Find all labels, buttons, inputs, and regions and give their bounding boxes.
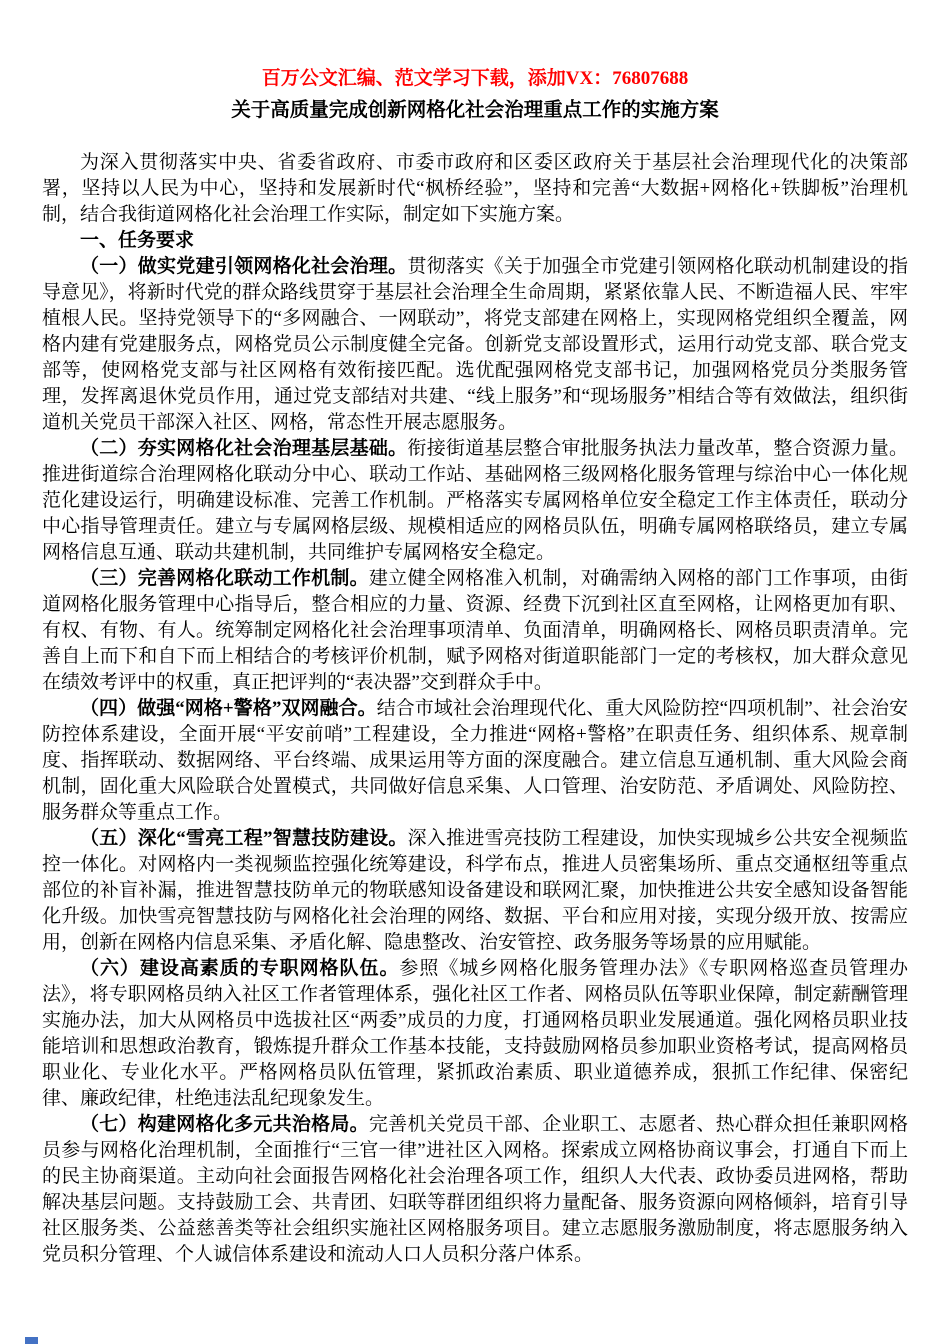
item-lead-7: （七）构建网格化多元共治格局。 [80,1114,369,1135]
item-text-7: 完善机关党员干部、企业职工、志愿者、热心群众担任兼职网格员参与网格化治理机制，全… [42,1114,908,1265]
item-text-6: 参照《城乡网格化服务管理办法》《专职网格巡查员管理办法》，将专职网格员纳入社区工… [42,958,908,1109]
page-corner-marker [25,1337,38,1344]
promo-notice: 百万公文汇编、范文学习下载，添加VX：76807688 [42,66,908,92]
document-title: 关于高质量完成创新网格化社会治理重点工作的实施方案 [42,98,908,124]
section-heading: 一、任务要求 [42,228,908,254]
item-lead-4: （四）做强“网格+警格”双网融合。 [80,698,377,719]
item-paragraph-3: （三）完善网格化联动工作机制。建立健全网格准入机制，对确需纳入网格的部门工作事项… [42,566,908,696]
intro-paragraph: 为深入贯彻落实中央、省委省政府、市委市政府和区委区政府关于基层社会治理现代化的决… [42,150,908,228]
item-lead-1: （一）做实党建引领网格化社会治理。 [80,256,407,277]
item-paragraph-4: （四）做强“网格+警格”双网融合。结合市域社会治理现代化、重大风险防控“四项机制… [42,696,908,826]
item-paragraph-1: （一）做实党建引领网格化社会治理。贯彻落实《关于加强全市党建引领网格化联动机制建… [42,254,908,436]
item-lead-6: （六）建设高素质的专职网格队伍。 [80,958,399,979]
item-lead-3: （三）完善网格化联动工作机制。 [80,568,369,589]
item-paragraph-6: （六）建设高素质的专职网格队伍。参照《城乡网格化服务管理办法》《专职网格巡查员管… [42,956,908,1112]
item-lead-5: （五）深化“雪亮工程”智慧技防建设。 [80,828,408,849]
item-lead-2: （二）夯实网格化社会治理基层基础。 [80,438,407,459]
document-page: 百万公文汇编、范文学习下载，添加VX：76807688 关于高质量完成创新网格化… [0,0,950,1344]
item-paragraph-5: （五）深化“雪亮工程”智慧技防建设。深入推进雪亮技防工程建设，加快实现城乡公共安… [42,826,908,956]
item-text-1: 贯彻落实《关于加强全市党建引领网格化联动机制建设的指导意见》，将新时代党的群众路… [42,256,908,433]
item-paragraph-2: （二）夯实网格化社会治理基层基础。衔接街道基层整合审批服务执法力量改革，整合资源… [42,436,908,566]
item-paragraph-7: （七）构建网格化多元共治格局。完善机关党员干部、企业职工、志愿者、热心群众担任兼… [42,1112,908,1268]
